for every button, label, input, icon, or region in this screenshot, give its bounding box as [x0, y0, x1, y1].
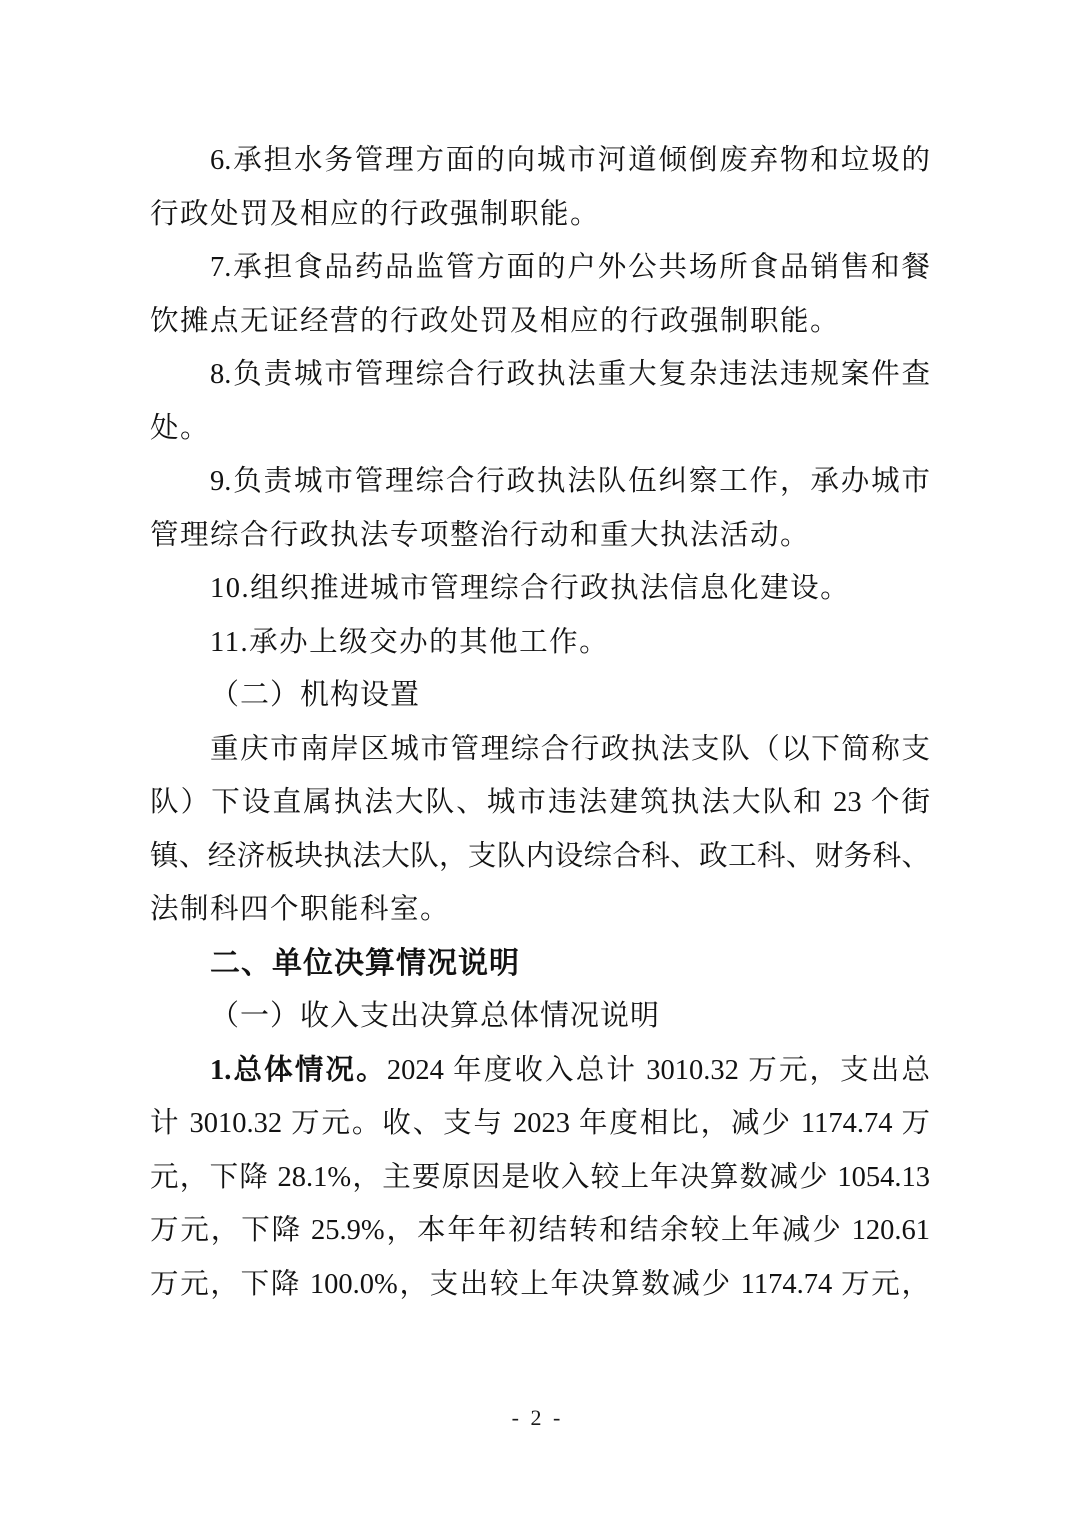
text-line: 11.承办上级交办的其他工作。	[150, 616, 930, 670]
text-line: 法制科四个职能科室。	[150, 883, 930, 937]
paragraph: 9.负责城市管理综合行政执法队伍纠察工作，承办城市管理综合行政执法专项整治行动和…	[150, 455, 930, 562]
text-run: （一）收入支出决算总体情况说明	[210, 1000, 660, 1032]
text-run: 重庆市南岸区城市管理综合行政执法支队（以下简称支	[210, 734, 930, 765]
text-run: 队）下设直属执法大队、城市违法建筑执法大队和 23 个街	[150, 787, 930, 818]
text-run: 法制科四个职能科室。	[150, 894, 450, 925]
text-run: 饮摊点无证经营的行政处罚及相应的行政强制职能。	[150, 306, 840, 337]
kai-heading: （二）机构设置	[150, 669, 930, 723]
paragraph: 1.总体情况。2024 年度收入总计 3010.32 万元，支出总计 3010.…	[150, 1044, 930, 1312]
text-run: 计 3010.32 万元。收、支与 2023 年度相比，减少 1174.74 万	[150, 1108, 930, 1139]
text-run: 元，下降 28.1%，主要原因是收入较上年决算数减少 1054.13	[150, 1162, 930, 1193]
kai-heading: （一）收入支出决算总体情况说明	[150, 990, 930, 1044]
page-number: - 2 -	[0, 1398, 1075, 1438]
text-line: 10.组织推进城市管理综合行政执法信息化建设。	[150, 562, 930, 616]
text-line: 重庆市南岸区城市管理综合行政执法支队（以下简称支	[150, 723, 930, 777]
text-line: 8.负责城市管理综合行政执法重大复杂违法违规案件查	[150, 348, 930, 402]
text-run: 8.负责城市管理综合行政执法重大复杂违法违规案件查	[210, 359, 930, 390]
text-line: 行政处罚及相应的行政强制职能。	[150, 188, 930, 242]
text-run: 行政处罚及相应的行政强制职能。	[150, 199, 600, 230]
hei-heading: 二、单位决算情况说明	[150, 937, 930, 991]
text-run: 管理综合行政执法专项整治行动和重大执法活动。	[150, 520, 810, 551]
text-line: 二、单位决算情况说明	[150, 937, 930, 991]
paragraph: 重庆市南岸区城市管理综合行政执法支队（以下简称支队）下设直属执法大队、城市违法建…	[150, 723, 930, 937]
paragraph: 10.组织推进城市管理综合行政执法信息化建设。	[150, 562, 930, 616]
text-line: 7.承担食品药品监管方面的户外公共场所食品销售和餐	[150, 241, 930, 295]
text-line: 9.负责城市管理综合行政执法队伍纠察工作，承办城市	[150, 455, 930, 509]
text-run: 11.承办上级交办的其他工作。	[210, 627, 609, 658]
text-line: 饮摊点无证经营的行政处罚及相应的行政强制职能。	[150, 295, 930, 349]
text-run: 2024 年度收入总计 3010.32 万元，支出总	[387, 1055, 930, 1086]
paragraph: 11.承办上级交办的其他工作。	[150, 616, 930, 670]
text-line: 队）下设直属执法大队、城市违法建筑执法大队和 23 个街	[150, 776, 930, 830]
text-run: 二、单位决算情况说明	[210, 947, 520, 980]
paragraph: 8.负责城市管理综合行政执法重大复杂违法违规案件查处。	[150, 348, 930, 455]
bold-text-run: 1.总体情况。	[210, 1055, 387, 1086]
text-run: 万元，下降 25.9%，本年年初结转和结余较上年减少 120.61	[150, 1215, 930, 1246]
text-line: 元，下降 28.1%，主要原因是收入较上年决算数减少 1054.13	[150, 1151, 930, 1205]
text-run: 6.承担水务管理方面的向城市河道倾倒废弃物和垃圾的	[210, 145, 930, 176]
paragraph: 7.承担食品药品监管方面的户外公共场所食品销售和餐饮摊点无证经营的行政处罚及相应…	[150, 241, 930, 348]
text-line: 万元，下降 25.9%，本年年初结转和结余较上年减少 120.61	[150, 1204, 930, 1258]
text-line: 管理综合行政执法专项整治行动和重大执法活动。	[150, 509, 930, 563]
text-line: 计 3010.32 万元。收、支与 2023 年度相比，减少 1174.74 万	[150, 1097, 930, 1151]
text-line: 1.总体情况。2024 年度收入总计 3010.32 万元，支出总	[150, 1044, 930, 1098]
text-run: 镇、经济板块执法大队，支队内设综合科、政工科、财务科、	[150, 841, 930, 872]
text-line: 6.承担水务管理方面的向城市河道倾倒废弃物和垃圾的	[150, 134, 930, 188]
text-run: （二）机构设置	[210, 679, 420, 711]
text-run: 10.组织推进城市管理综合行政执法信息化建设。	[210, 573, 850, 604]
text-line: 万元，下降 100.0%，支出较上年决算数减少 1174.74 万元，	[150, 1258, 930, 1312]
paragraph: 6.承担水务管理方面的向城市河道倾倒废弃物和垃圾的行政处罚及相应的行政强制职能。	[150, 134, 930, 241]
text-line: 处。	[150, 402, 930, 456]
text-run: 万元，下降 100.0%，支出较上年决算数减少 1174.74 万元，	[150, 1269, 930, 1300]
text-run: 9.负责城市管理综合行政执法队伍纠察工作，承办城市	[210, 466, 930, 497]
text-line: （一）收入支出决算总体情况说明	[150, 990, 930, 1044]
text-line: （二）机构设置	[150, 669, 930, 723]
text-run: 7.承担食品药品监管方面的户外公共场所食品销售和餐	[210, 252, 930, 283]
text-line: 镇、经济板块执法大队，支队内设综合科、政工科、财务科、	[150, 830, 930, 884]
text-run: 处。	[150, 413, 210, 444]
document-body: 6.承担水务管理方面的向城市河道倾倒废弃物和垃圾的行政处罚及相应的行政强制职能。…	[150, 134, 930, 1311]
